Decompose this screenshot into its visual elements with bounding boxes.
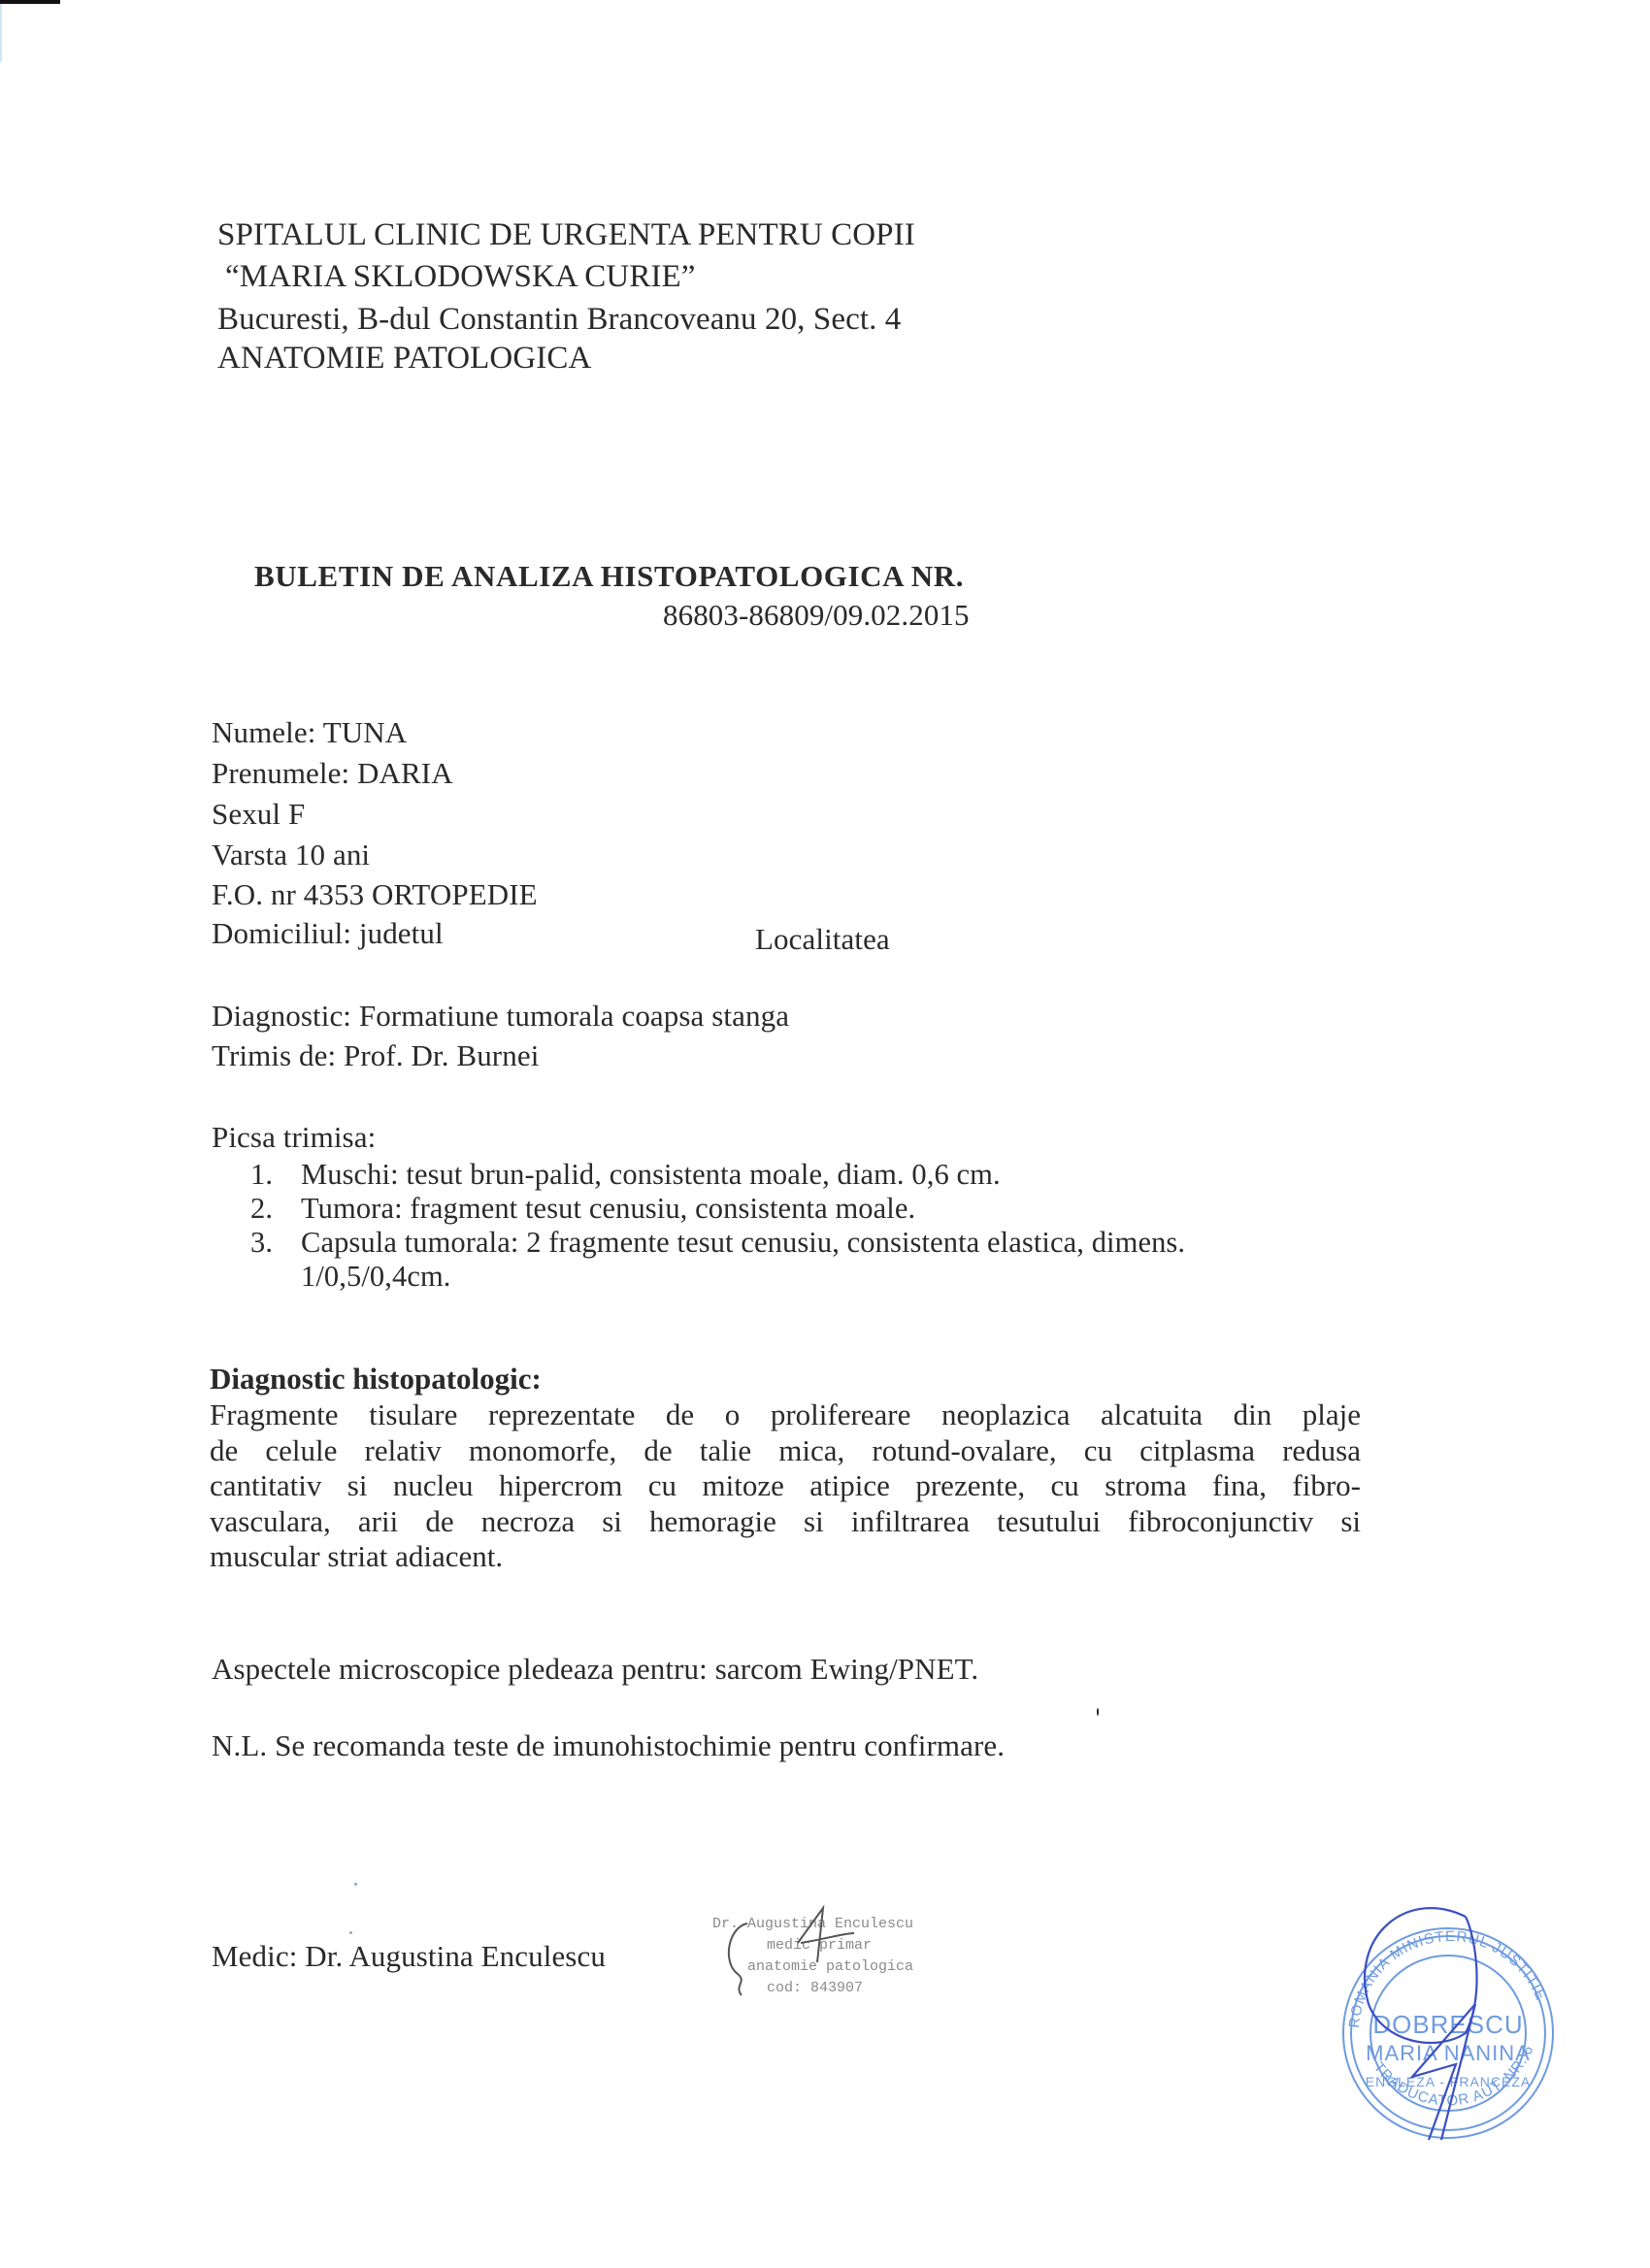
conclusion: Aspectele microscopice pledeaza pentru: … [212, 1650, 978, 1689]
scan-edge-mark [0, 4, 2, 62]
scan-speck [354, 1883, 357, 1886]
document-number: 86803-86809/09.02.2015 [663, 596, 970, 635]
patient-surname: Numele: TUNA [212, 713, 407, 752]
specimen-item-number: 1. [250, 1155, 273, 1194]
histopathology-text: Fragmente tisulare reprezentate de o pro… [210, 1397, 1361, 1575]
recommendation-note: N.L. Se recomanda teste de imunohistochi… [212, 1726, 1005, 1765]
specimen-item-number: 2. [250, 1189, 273, 1228]
patient-sex: Sexul F [212, 795, 305, 834]
histopathology-heading: Diagnostic histopatologic: [210, 1362, 542, 1397]
histopathology-line: Fragmente tisulare reprezentate de o pro… [210, 1397, 1361, 1433]
svg-text:ROMANIA MINISTERUL JUSTITIEI: ROMANIA MINISTERUL JUSTITIEI [1330, 1858, 1549, 2029]
patient-file: F.O. nr 4353 ORTOPEDIE [212, 875, 538, 914]
svg-text:Dr. Augustina Enculescu: Dr. Augustina Enculescu [712, 1916, 913, 1932]
scan-edge-mark [0, 0, 60, 4]
department: ANATOMIE PATOLOGICA [217, 339, 591, 378]
histopathology-line: vasculara, arii de necroza si hemoragie … [210, 1504, 1361, 1540]
svg-text:MARIA NANINA: MARIA NANINA [1366, 2041, 1531, 2065]
patient-locality: Localitatea [755, 920, 890, 959]
specimen-label: Picsa trimisa: [212, 1118, 376, 1157]
histopathology-line: muscular striat adiacent. [210, 1539, 1361, 1575]
document-title: BULETIN DE ANALIZA HISTOPATOLOGICA NR. [254, 557, 964, 596]
referral-diagnosis: Diagnostic: Formatiune tumorala coapsa s… [212, 997, 789, 1035]
referral-sent-by: Trimis de: Prof. Dr. Burnei [212, 1036, 539, 1075]
patient-county: Domiciliul: judetul [212, 914, 444, 953]
scan-speck [1097, 1708, 1099, 1716]
stamp-icon: ROMANIA MINISTERUL JUSTITIEI TRADUCATOR … [1330, 1858, 1572, 2150]
svg-text:anatomie patologica: anatomie patologica [747, 1958, 913, 1975]
translator-stamp: ROMANIA MINISTERUL JUSTITIEI TRADUCATOR … [1330, 1858, 1572, 2150]
patient-age: Varsta 10 ani [212, 836, 370, 874]
institution: SPITALUL CLINIC DE URGENTA PENTRU COPII [217, 215, 915, 254]
specimen-item: Muschi: tesut brun-palid, consistenta mo… [301, 1155, 1001, 1194]
histopathology-line: cantitativ si nucleu hipercrom cu mitoze… [210, 1468, 1361, 1504]
specimen-item: Tumora: fragment tesut cenusiu, consiste… [301, 1189, 915, 1228]
svg-text:cod: 843907: cod: 843907 [767, 1980, 863, 1996]
specimen-item-number: 3. [250, 1223, 273, 1262]
specimen-item: Capsula tumorala: 2 fragmente tesut cenu… [301, 1223, 1185, 1262]
physician-signature-stamp: Dr. Augustina Enculescu medic primar ana… [709, 1904, 980, 2011]
signature-icon: Dr. Augustina Enculescu medic primar ana… [709, 1904, 980, 2011]
histopathology-line: de celule relativ monomorfe, de talie mi… [210, 1433, 1361, 1469]
physician-name: Medic: Dr. Augustina Enculescu [212, 1937, 606, 1976]
scan-speck [349, 1931, 352, 1934]
patient-first-name: Prenumele: DARIA [212, 754, 453, 793]
address: Bucuresti, B-dul Constantin Brancoveanu … [217, 300, 901, 339]
institution-name: “MARIA SKLODOWSKA CURIE” [225, 257, 696, 296]
specimen-item-continuation: 1/0,5/0,4cm. [301, 1257, 451, 1296]
